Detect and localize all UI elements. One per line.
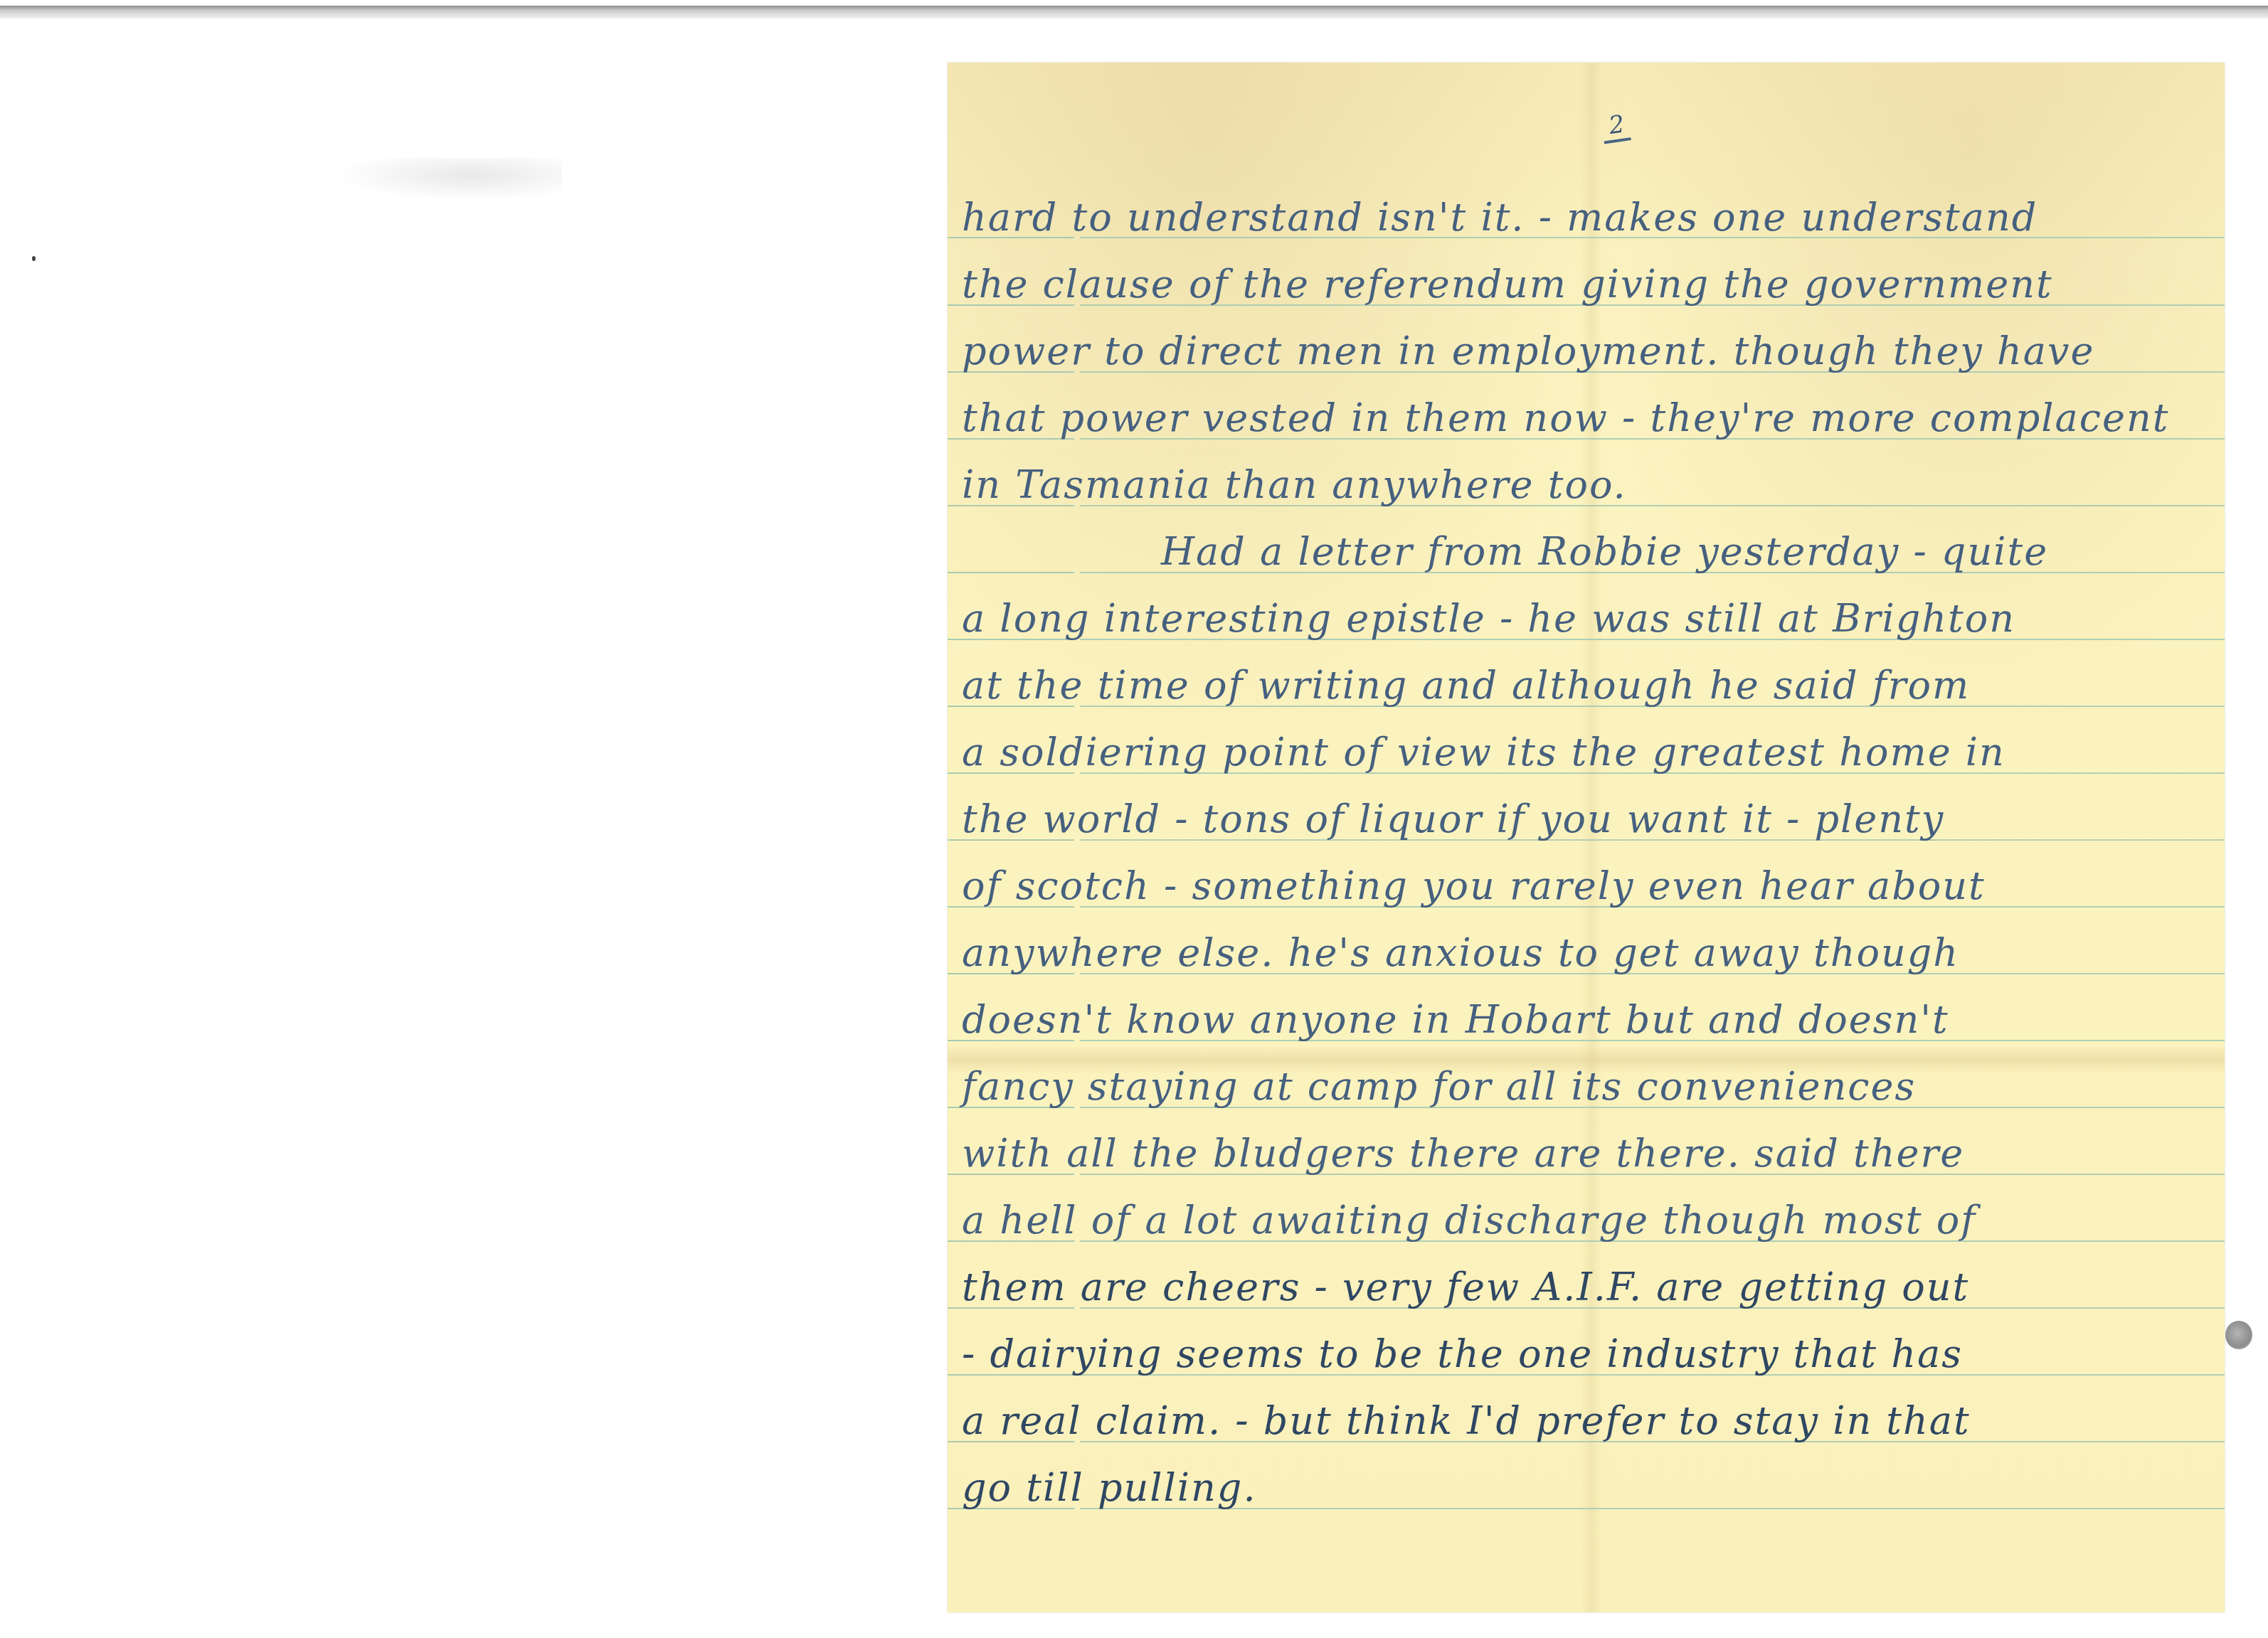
handwritten-line: a soldiering point of view its the great… xyxy=(962,731,2221,774)
handwritten-line: hard to understand isn't it. - makes one… xyxy=(962,196,2221,239)
handwritten-line: with all the bludgers there are there. s… xyxy=(962,1132,2221,1175)
letter-page: 2 hard to understand isn't it. - makes o… xyxy=(948,63,2225,1612)
handwritten-line: a real claim. - but think I'd prefer to … xyxy=(962,1400,2221,1442)
handwritten-line: at the time of writing and although he s… xyxy=(962,664,2221,707)
handwritten-line: that power vested in them now - they're … xyxy=(962,397,2221,440)
handwritten-line: fancy staying at camp for all its conven… xyxy=(962,1065,2221,1108)
handwritten-line: Had a letter from Robbie yesterday - qui… xyxy=(1161,531,2268,573)
handwritten-line: anywhere else. he's anxious to get away … xyxy=(962,932,2221,974)
scanner-shadow xyxy=(0,6,2268,18)
handwritten-line: the clause of the referendum giving the … xyxy=(962,263,2221,306)
handwritten-line: of scotch - something you rarely even he… xyxy=(962,865,2221,908)
page-number: 2 xyxy=(1600,110,1631,144)
scan-speck xyxy=(32,256,36,261)
handwritten-line: in Tasmania than anywhere too. xyxy=(962,464,2221,506)
handwritten-line: a hell of a lot awaiting discharge thoug… xyxy=(962,1199,2221,1242)
handwritten-line: - dairying seems to be the one industry … xyxy=(962,1333,2221,1376)
scan-smudge xyxy=(334,158,562,201)
scan-clip-artifact xyxy=(2225,1321,2252,1349)
handwritten-line: the world - tons of liquor if you want i… xyxy=(962,798,2221,841)
handwritten-line: power to direct men in employment. thoug… xyxy=(962,330,2221,373)
handwritten-line: go till pulling. xyxy=(962,1467,2221,1509)
handwritten-line: a long interesting epistle - he was stil… xyxy=(962,597,2221,640)
handwritten-line: them are cheers - very few A.I.F. are ge… xyxy=(962,1266,2221,1309)
handwritten-line: doesn't know anyone in Hobart but and do… xyxy=(962,999,2221,1041)
